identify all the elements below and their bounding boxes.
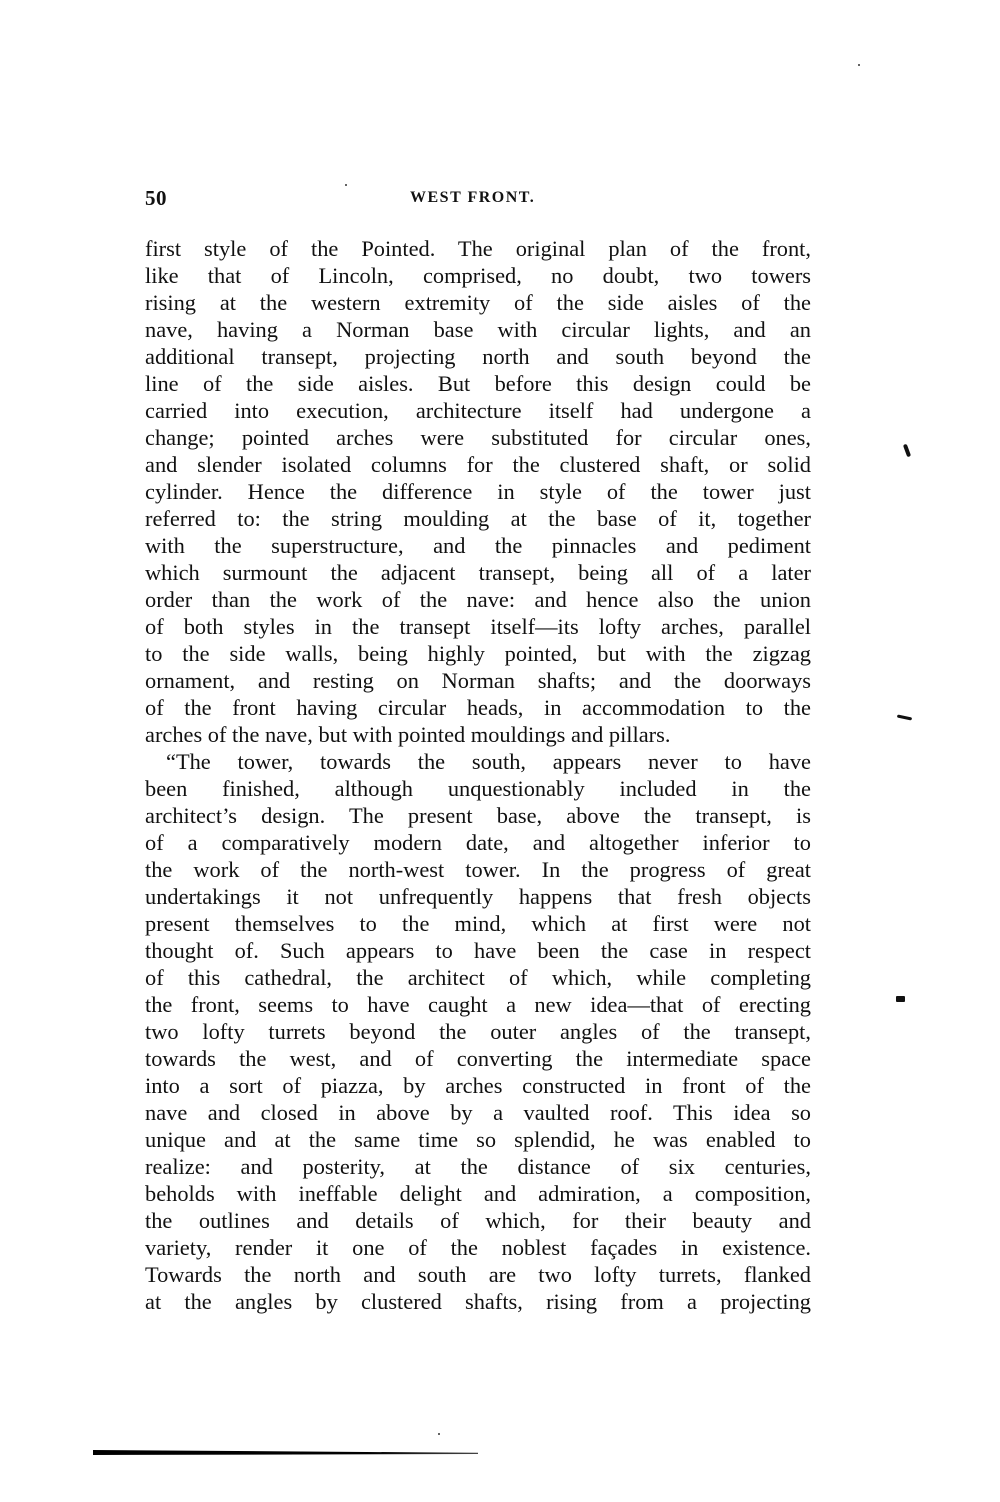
- text-line: with the superstructure, and the pinnacl…: [145, 532, 811, 559]
- text-line: additional transept, projecting north an…: [145, 343, 811, 370]
- running-title: WEST FRONT.: [410, 189, 535, 207]
- text-line: rising at the western extremity of the s…: [145, 289, 811, 316]
- text-line: of both styles in the transept itself—it…: [145, 613, 811, 640]
- text-line-paragraph-start: “The tower, towards the south, appears n…: [145, 748, 811, 775]
- text-line: nave, having a Norman base with circular…: [145, 316, 811, 343]
- text-line: beholds with ineffable delight and admir…: [145, 1180, 811, 1207]
- scan-speck: [438, 1433, 440, 1435]
- text-line: which surmount the adjacent transept, be…: [145, 559, 811, 586]
- text-line: first style of the Pointed. The original…: [145, 235, 811, 262]
- text-line: realize: and posterity, at the distance …: [145, 1153, 811, 1180]
- text-line: thought of. Such appears to have been th…: [145, 937, 811, 964]
- text-line: at the angles by clustered shafts, risin…: [145, 1288, 811, 1315]
- text-line: of this cathedral, the architect of whic…: [145, 964, 811, 991]
- scan-speck: [858, 64, 860, 66]
- text-line: towards the west, and of converting the …: [145, 1045, 811, 1072]
- text-line: ornament, and resting on Norman shafts; …: [145, 667, 811, 694]
- text-line: present themselves to the mind, which at…: [145, 910, 811, 937]
- text-line: line of the side aisles. But before this…: [145, 370, 811, 397]
- scan-speck: [345, 184, 347, 186]
- text-line: to the side walls, being highly pointed,…: [145, 640, 811, 667]
- text-line: undertakings it not unfrequently happens…: [145, 883, 811, 910]
- text-line: and slender isolated columns for the clu…: [145, 451, 811, 478]
- scan-artifact-mark: [903, 444, 911, 458]
- text-line: two lofty turrets beyond the outer angle…: [145, 1018, 811, 1045]
- book-page: 50 WEST FRONT. first style of the Pointe…: [0, 0, 1000, 1502]
- page-number: 50: [145, 186, 167, 211]
- page-bottom-rule: [93, 1450, 478, 1455]
- text-line: referred to: the string moulding at the …: [145, 505, 811, 532]
- text-line: nave and closed in above by a vaulted ro…: [145, 1099, 811, 1126]
- text-line-paragraph-end: arches of the nave, but with pointed mou…: [145, 721, 811, 748]
- text-line: of the front having circular heads, in a…: [145, 694, 811, 721]
- text-line: into a sort of piazza, by arches constru…: [145, 1072, 811, 1099]
- text-line: variety, render it one of the noblest fa…: [145, 1234, 811, 1261]
- text-line: change; pointed arches were substituted …: [145, 424, 811, 451]
- text-line: of a comparatively modern date, and alto…: [145, 829, 811, 856]
- text-line: the work of the north-west tower. In the…: [145, 856, 811, 883]
- text-line: cylinder. Hence the difference in style …: [145, 478, 811, 505]
- scan-artifact-mark: [896, 996, 905, 1002]
- scan-artifact-mark: [897, 714, 912, 720]
- text-line: carried into execution, architecture its…: [145, 397, 811, 424]
- text-line: order than the work of the nave: and hen…: [145, 586, 811, 613]
- text-line: like that of Lincoln, comprised, no doub…: [145, 262, 811, 289]
- text-line: been finished, although unquestionably i…: [145, 775, 811, 802]
- text-line: Towards the north and south are two loft…: [145, 1261, 811, 1288]
- running-head: 50 WEST FRONT.: [145, 186, 810, 214]
- body-text: first style of the Pointed. The original…: [145, 235, 811, 1315]
- text-line: architect’s design. The present base, ab…: [145, 802, 811, 829]
- text-line: unique and at the same time so splendid,…: [145, 1126, 811, 1153]
- text-line: the outlines and details of which, for t…: [145, 1207, 811, 1234]
- text-line: the front, seems to have caught a new id…: [145, 991, 811, 1018]
